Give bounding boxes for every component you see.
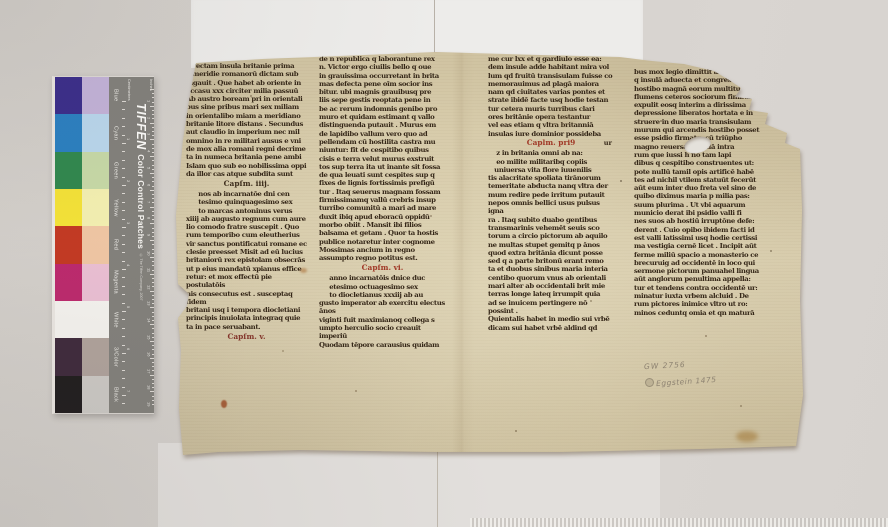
chapter-heading: Capſm. vi. xyxy=(319,264,446,272)
text-column-1: a vectam insula britanie prima a meridie… xyxy=(186,62,307,343)
chapter-heading: Capſm. iiij. xyxy=(186,180,307,188)
pencil-annotation-gw-number: GW 2756 xyxy=(644,360,686,371)
pencil-scribble-mark xyxy=(645,378,654,387)
blackletter-text-block: z in britania omni ab na: eo milite mili… xyxy=(488,149,614,332)
incunabulum-leaf: a vectam insula britanie prima a meridie… xyxy=(0,0,888,527)
red-ink-mark xyxy=(221,400,227,408)
leaf-center-fold xyxy=(452,52,474,452)
blackletter-text-block: a vectam insula britanie prima a meridie… xyxy=(186,62,307,178)
blackletter-text-block: de n republica q laborantune rex n. Vict… xyxy=(319,55,446,262)
small-stain xyxy=(300,268,307,273)
blackletter-text-block: nos ab incarnatōe dni cen tesimo quinqua… xyxy=(186,190,307,331)
text-column-3: me cur lxx et q gardiulo esse ea: dem in… xyxy=(488,55,614,332)
chapter-rubric: Caplm. pri9ur xyxy=(488,139,614,147)
chapter-rubric-text: Caplm. pri9 xyxy=(527,138,576,147)
blackletter-text-block: bus mox legio dimittit armis q insulā ad… xyxy=(634,68,761,317)
blackletter-text-block: anno incarnatōis dnice duc etesimo octua… xyxy=(319,274,446,349)
paper-specks xyxy=(0,0,2,2)
rust-stain xyxy=(736,431,758,442)
text-column-4: bus mox legio dimittit armis q insulā ad… xyxy=(634,68,761,317)
catchword: ur xyxy=(604,139,612,147)
leaf-shadow-wrapper: a vectam insula britanie prima a meridie… xyxy=(0,0,888,527)
text-column-2: de n republica q laborantune rex n. Vict… xyxy=(319,55,446,349)
photograph-of-incunabulum-leaf: BlueCyanGreenYellowRedMagentaWhite3/Colo… xyxy=(0,0,888,527)
chapter-heading: Capſm. v. xyxy=(186,333,307,341)
pencil-annotation-printer-date: Eggstein 1475 xyxy=(656,375,717,388)
foxing-blotch xyxy=(545,108,579,128)
